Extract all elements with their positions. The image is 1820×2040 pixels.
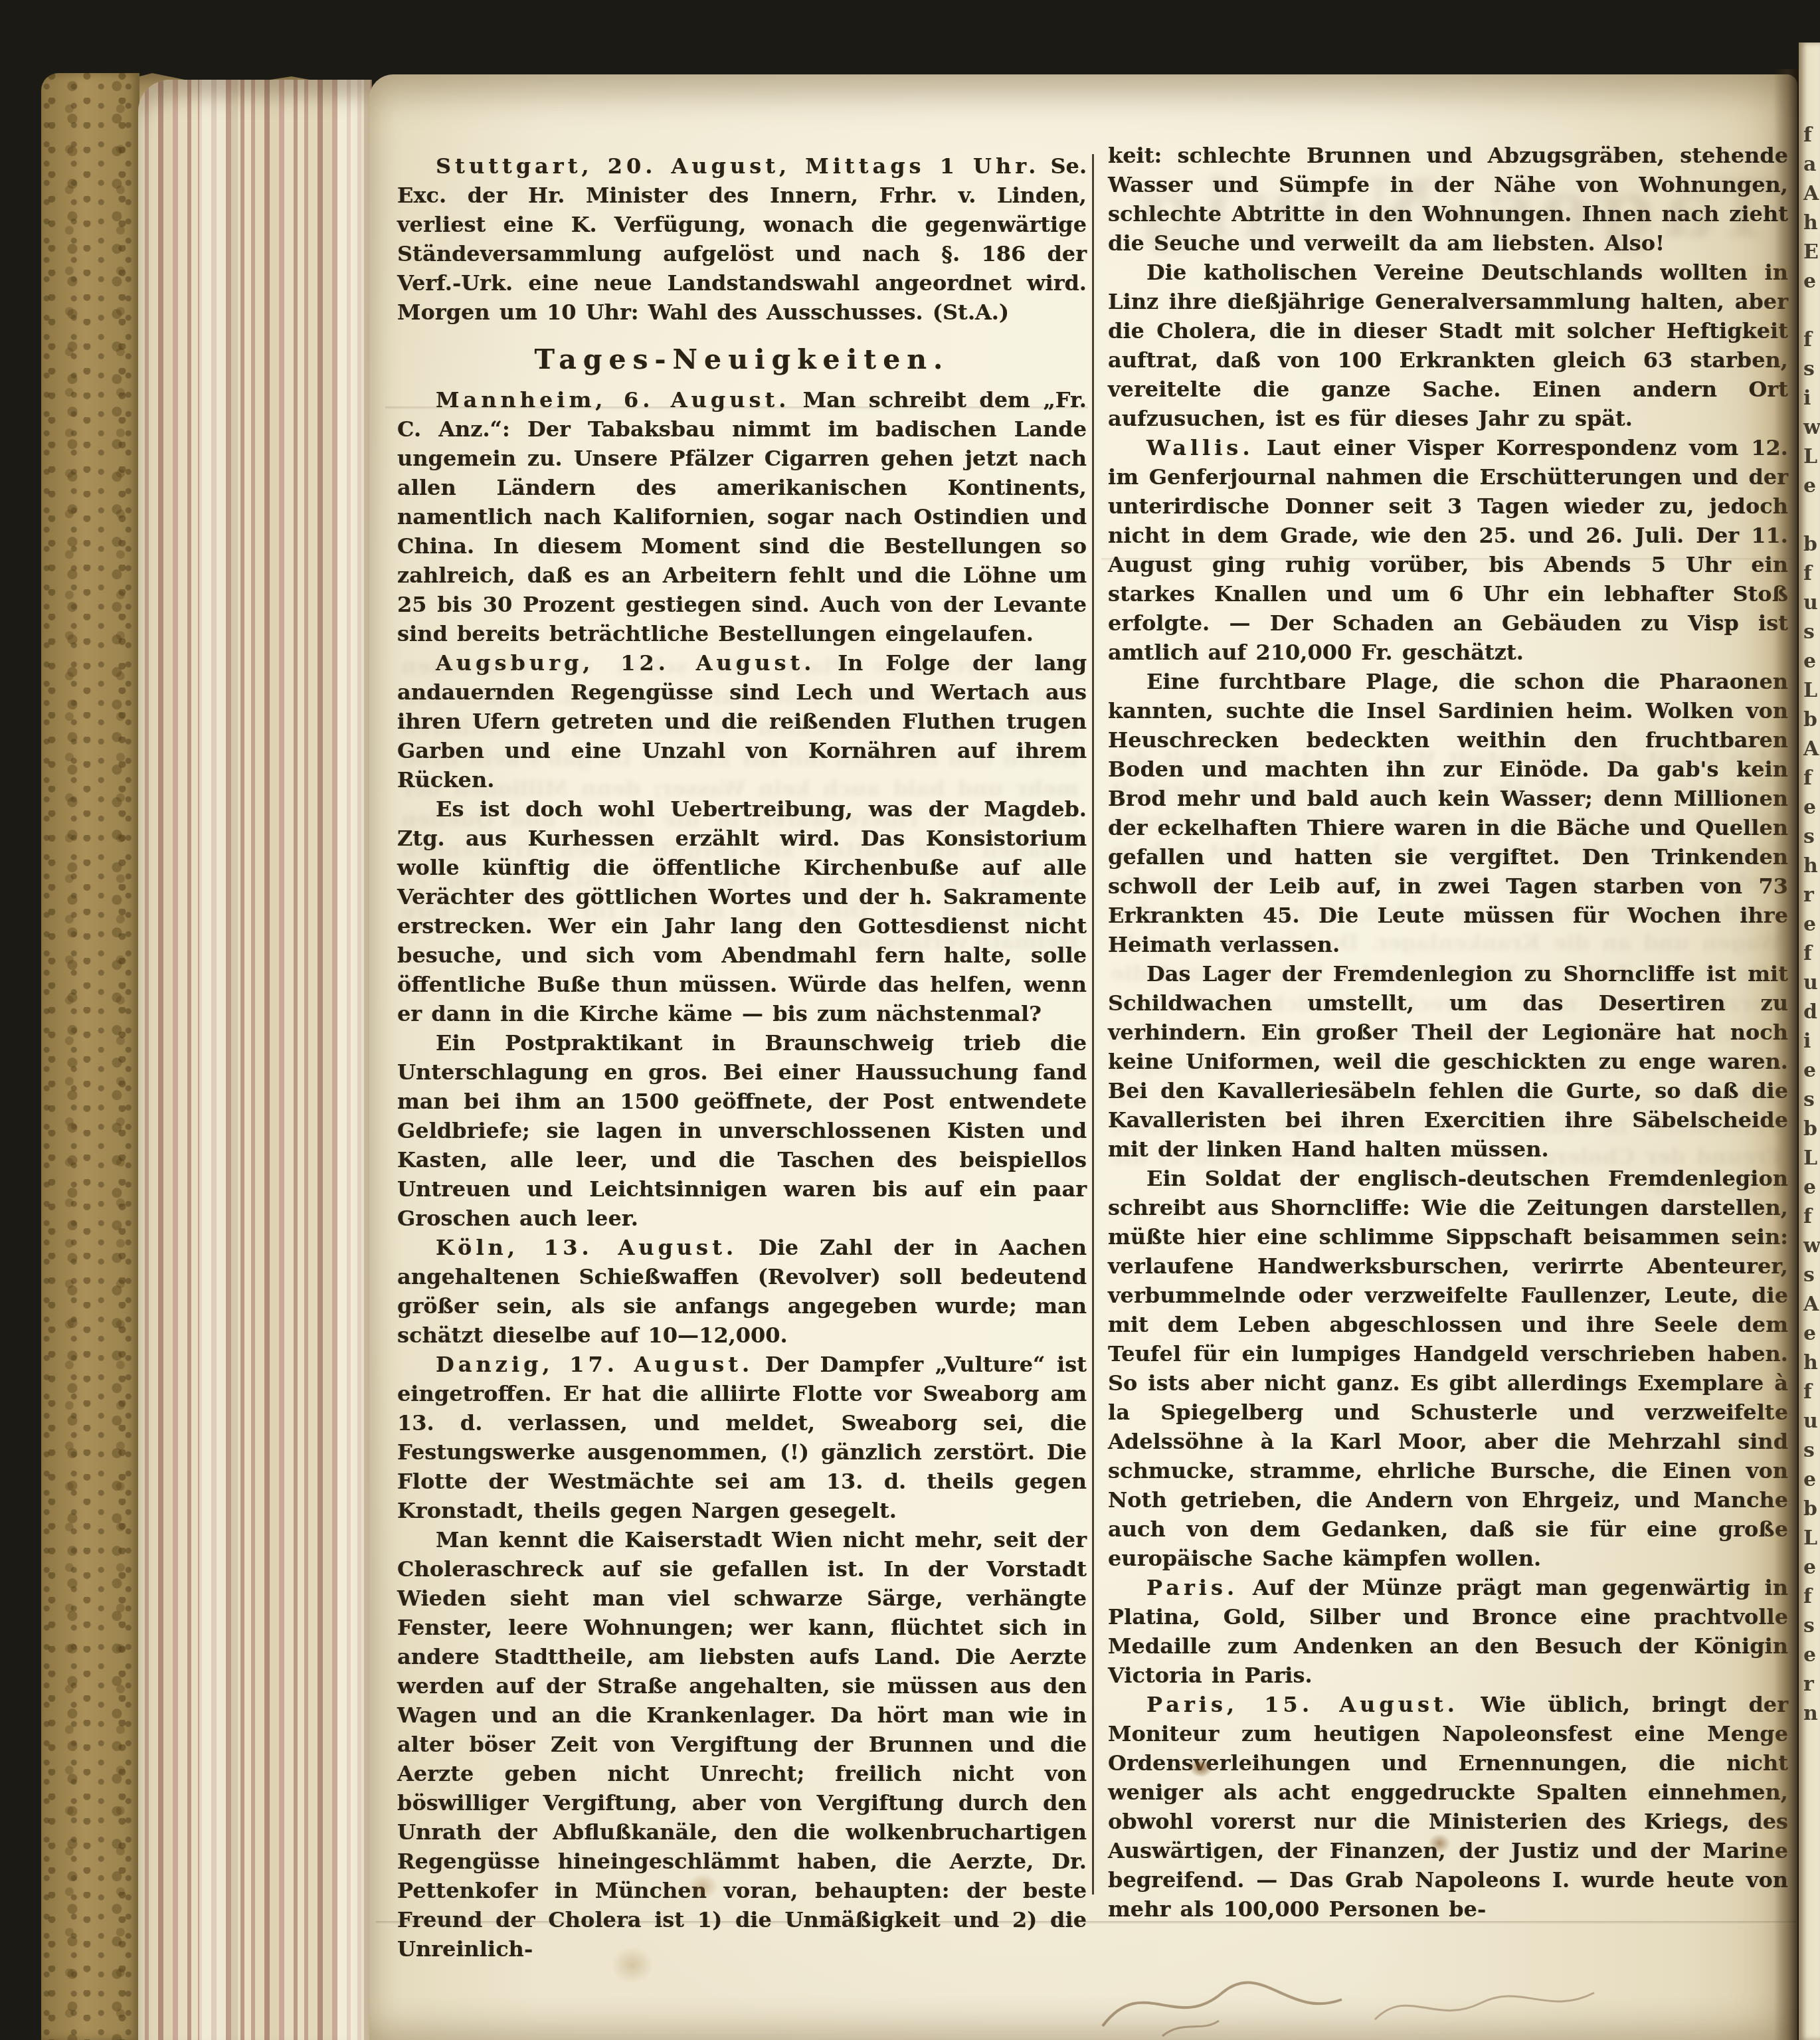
news-text: Se. Exc. der Hr. Minister des Innern, Fr…: [397, 153, 1087, 325]
news-item-wallis: Wallis. Laut einer Visper Korrespondenz …: [1108, 433, 1788, 667]
news-item-cholera-continued: keit: schlechte Brunnen und Abzugsgräben…: [1108, 141, 1788, 258]
news-item-paris-napoleonsfest: Paris, 15. August. Wie üblich, bringt de…: [1108, 1690, 1788, 1924]
news-text: Es ist doch wohl Uebertreibung, was der …: [397, 796, 1087, 1026]
news-text: Laut einer Visper Korrespondenz vom 12. …: [1108, 435, 1788, 665]
left-column: Stuttgart, 20. August, Mittags 1 Uhr. Se…: [397, 151, 1087, 1964]
dateline: Wallis.: [1146, 435, 1254, 460]
book-scan-page: Tages-Neuigkeiten. Eine furchtbare Plage…: [0, 0, 1820, 2040]
dateline: Köln, 13. August.: [436, 1235, 737, 1260]
news-item-shorncliffe: Das Lager der Fremdenlegion zu Shornclif…: [1108, 959, 1788, 1164]
news-item-koeln: Köln, 13. August. Die Zahl der in Aachen…: [397, 1233, 1087, 1350]
news-text: Ein Postpraktikant in Braunschweig trieb…: [397, 1030, 1087, 1231]
news-item-augsburg: Augsburg, 12. August. In Folge der lang …: [397, 648, 1087, 794]
news-text: Eine furchtbare Plage, die schon die Pha…: [1108, 669, 1788, 957]
news-item-fremdenlegion-brief: Ein Soldat der englisch-deutschen Fremde…: [1108, 1164, 1788, 1573]
news-item-braunschweig: Ein Postpraktikant in Braunschweig trieb…: [397, 1028, 1087, 1233]
news-item-linz: Die katholischen Vereine Deutschlands wo…: [1108, 258, 1788, 433]
news-item-danzig: Danzig, 17. August. Der Dampfer „Vulture…: [397, 1350, 1087, 1525]
book-cover-edge: [41, 73, 139, 2040]
news-text: Ein Soldat der englisch-deutschen Fremde…: [1108, 1166, 1788, 1571]
dateline: Stuttgart, 20. August, Mittags 1 Uhr.: [436, 153, 1040, 179]
news-text: Wie üblich, bringt der Moniteur zum heut…: [1108, 1692, 1788, 1922]
news-text: Man kennt die Kaiserstadt Wien nicht meh…: [397, 1527, 1087, 1962]
right-column: keit: schlechte Brunnen und Abzugsgräben…: [1108, 141, 1788, 1924]
news-text: keit: schlechte Brunnen und Abzugsgräben…: [1108, 143, 1788, 256]
section-heading: Tages-Neuigkeiten.: [397, 343, 1087, 376]
news-text: Der Dampfer „Vulture“ ist eingetroffen. …: [397, 1352, 1087, 1523]
news-text: Die katholischen Vereine Deutschlands wo…: [1108, 260, 1788, 431]
news-item-paris-medaille: Paris. Auf der Münze prägt man gegenwärt…: [1108, 1573, 1788, 1690]
dateline: Mannheim, 6. August.: [436, 387, 790, 413]
news-text: Das Lager der Fremdenlegion zu Shornclif…: [1108, 961, 1788, 1162]
gutter-fold-shadow: [1774, 69, 1800, 2040]
news-item-mannheim: Mannheim, 6. August. Man schreibt dem „F…: [397, 385, 1087, 648]
news-item-wien-cholera: Man kennt die Kaiserstadt Wien nicht meh…: [397, 1525, 1087, 1964]
dateline: Augsburg, 12. August.: [436, 650, 815, 676]
dateline: Paris, 15. August.: [1146, 1692, 1459, 1717]
column-divider-rule: [1092, 154, 1094, 1895]
next-page-sliver: f a A h E e f s i w L e b f u s e L b A …: [1799, 43, 1820, 2040]
dateline: Danzig, 17. August.: [436, 1352, 753, 1377]
dateline: Paris.: [1146, 1575, 1238, 1600]
news-text: Man schreibt dem „Fr. C. Anz.“: Der Taba…: [397, 387, 1087, 646]
news-item-kurhessen: Es ist doch wohl Uebertreibung, was der …: [397, 794, 1087, 1028]
stacked-page-edges: [138, 80, 372, 2040]
news-item-sardinien: Eine furchtbare Plage, die schon die Pha…: [1108, 667, 1788, 959]
news-item-stuttgart: Stuttgart, 20. August, Mittags 1 Uhr. Se…: [397, 151, 1087, 327]
next-page-edge-text-fragments: f a A h E e f s i w L e b f u s e L b A …: [1803, 121, 1820, 1728]
